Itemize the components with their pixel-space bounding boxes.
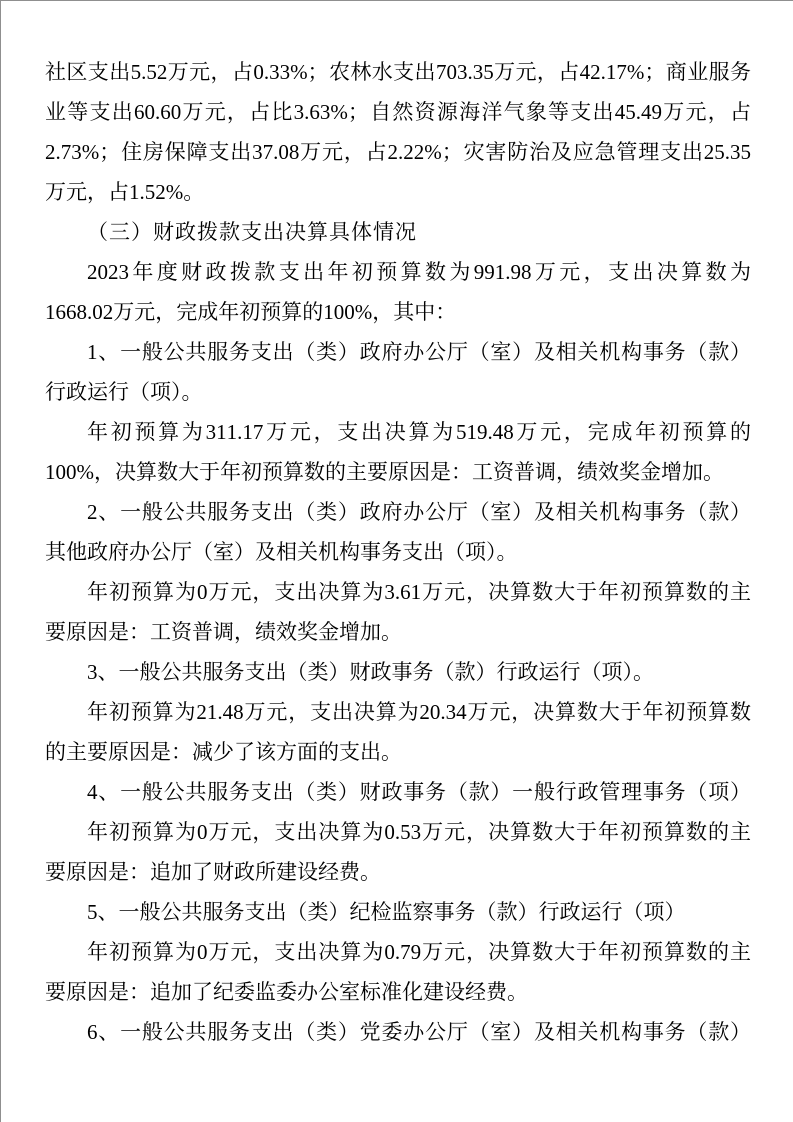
text-line: 年初预算为0万元，支出决算为3.61万元，决算数大于年初预算数的主 xyxy=(45,572,751,612)
text-line: 3、一般公共服务支出（类）财政事务（款）行政运行（项）。 xyxy=(45,652,751,692)
text-line: 年初预算为0万元，支出决算为0.53万元，决算数大于年初预算数的主 xyxy=(45,812,751,852)
text-line: 行政运行（项）。 xyxy=(45,372,751,412)
text-line: 年初预算为0万元，支出决算为0.79万元，决算数大于年初预算数的主 xyxy=(45,932,751,972)
text-line: 4、一般公共服务支出（类）财政事务（款）一般行政管理事务（项） xyxy=(45,772,751,812)
text-line: 的主要原因是：减少了该方面的支出。 xyxy=(45,732,751,772)
text-line: 2、一般公共服务支出（类）政府办公厅（室）及相关机构事务（款） xyxy=(45,492,751,532)
text-line: 社区支出5.52万元，占0.33%；农林水支出703.35万元，占42.17%；… xyxy=(45,52,751,92)
text-line: 1668.02万元，完成年初预算的100%，其中： xyxy=(45,292,751,332)
text-line: 要原因是：追加了纪委监委办公室标准化建设经费。 xyxy=(45,972,751,1012)
text-line: 1、一般公共服务支出（类）政府办公厅（室）及相关机构事务（款） xyxy=(45,332,751,372)
text-line: 年初预算为311.17万元，支出决算为519.48万元，完成年初预算的 xyxy=(45,412,751,452)
text-line: 100%，决算数大于年初预算数的主要原因是：工资普调，绩效奖金增加。 xyxy=(45,452,751,492)
text-line: 5、一般公共服务支出（类）纪检监察事务（款）行政运行（项） xyxy=(45,892,751,932)
page-content: 社区支出5.52万元，占0.33%；农林水支出703.35万元，占42.17%；… xyxy=(45,52,751,1052)
text-line: 2.73%；住房保障支出37.08万元，占2.22%；灾害防治及应急管理支出25… xyxy=(45,132,751,172)
text-line: 6、一般公共服务支出（类）党委办公厅（室）及相关机构事务（款） xyxy=(45,1012,751,1052)
text-line: 其他政府办公厅（室）及相关机构事务支出（项）。 xyxy=(45,532,751,572)
section-heading: （三）财政拨款支出决算具体情况 xyxy=(45,212,751,252)
text-line: 万元，占1.52%。 xyxy=(45,172,751,212)
text-line: 要原因是：工资普调，绩效奖金增加。 xyxy=(45,612,751,652)
text-line: 年初预算为21.48万元，支出决算为20.34万元，决算数大于年初预算数 xyxy=(45,692,751,732)
text-line: 业等支出60.60万元，占比3.63%；自然资源海洋气象等支出45.49万元，占 xyxy=(45,92,751,132)
text-line: 要原因是：追加了财政所建设经费。 xyxy=(45,852,751,892)
document-page: 社区支出5.52万元，占0.33%；农林水支出703.35万元，占42.17%；… xyxy=(0,0,793,1122)
text-line: 2023年度财政拨款支出年初预算数为991.98万元，支出决算数为 xyxy=(45,252,751,292)
